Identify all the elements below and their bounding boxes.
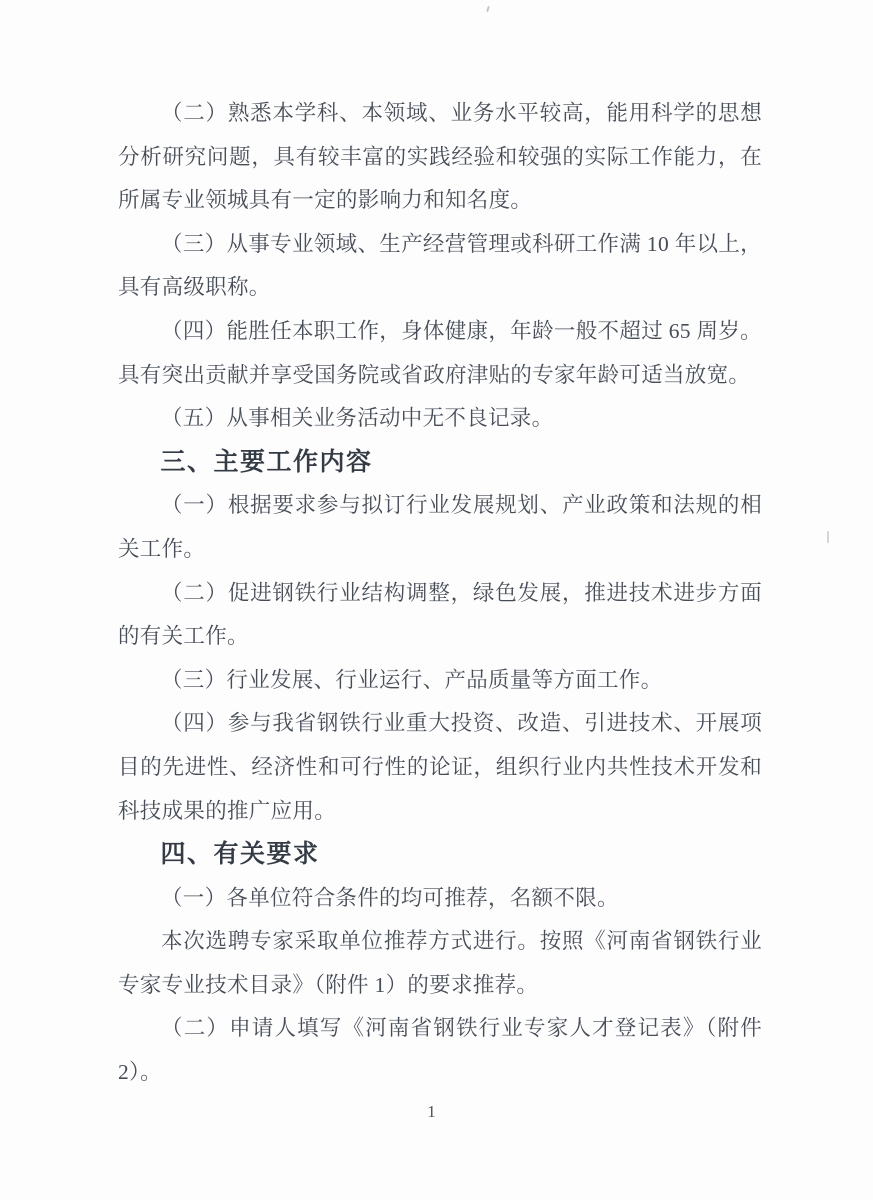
paragraph-work-1-planning: （一）根据要求参与拟订行业发展规划、产业政策和法规的相关工作。	[118, 484, 762, 571]
section-heading-4-requirements: 四、有关要求	[118, 833, 762, 877]
paragraph-item-4-health-age: （四）能胜任本职工作，身体健康，年龄一般不超过 65 周岁。具有突出贡献并享受国…	[118, 310, 762, 397]
scan-artifact-speck	[827, 531, 829, 543]
page-number: 1	[0, 1102, 863, 1122]
paragraph-item-3-experience: （三）从事专业领域、生产经营管理或科研工作满 10 年以上，具有高级职称。	[118, 223, 762, 310]
section-heading-3-main-work: 三、主要工作内容	[118, 441, 762, 485]
paragraph-req-1-recommendation: （一）各单位符合条件的均可推荐，名额不限。	[118, 877, 762, 921]
scan-artifact-speck	[486, 6, 490, 12]
paragraph-work-4-investment: （四）参与我省钢铁行业重大投资、改造、引进技术、开展项目的先进性、经济性和可行性…	[118, 702, 762, 833]
paragraph-item-5-record: （五）从事相关业务活动中无不良记录。	[118, 397, 762, 441]
document-body: （二）熟悉本学科、本领域、业务水平较高，能用科学的思想分析研究问题，具有较丰富的…	[118, 92, 762, 1095]
paragraph-req-recommend-method: 本次选聘专家采取单位推荐方式进行。按照《河南省钢铁行业专家专业技术目录》（附件 …	[118, 920, 762, 1007]
paragraph-work-3-quality: （三）行业发展、行业运行、产品质量等方面工作。	[118, 659, 762, 703]
paragraph-req-2-registration: （二）申请人填写《河南省钢铁行业专家人才登记表》（附件 2）。	[118, 1007, 762, 1094]
paragraph-item-2-qualification: （二）熟悉本学科、本领域、业务水平较高，能用科学的思想分析研究问题，具有较丰富的…	[118, 92, 762, 223]
scanned-document-page: （二）熟悉本学科、本领域、业务水平较高，能用科学的思想分析研究问题，具有较丰富的…	[0, 0, 873, 1200]
paragraph-work-2-restructure: （二）促进钢铁行业结构调整，绿色发展，推进技术进步方面的有关工作。	[118, 572, 762, 659]
